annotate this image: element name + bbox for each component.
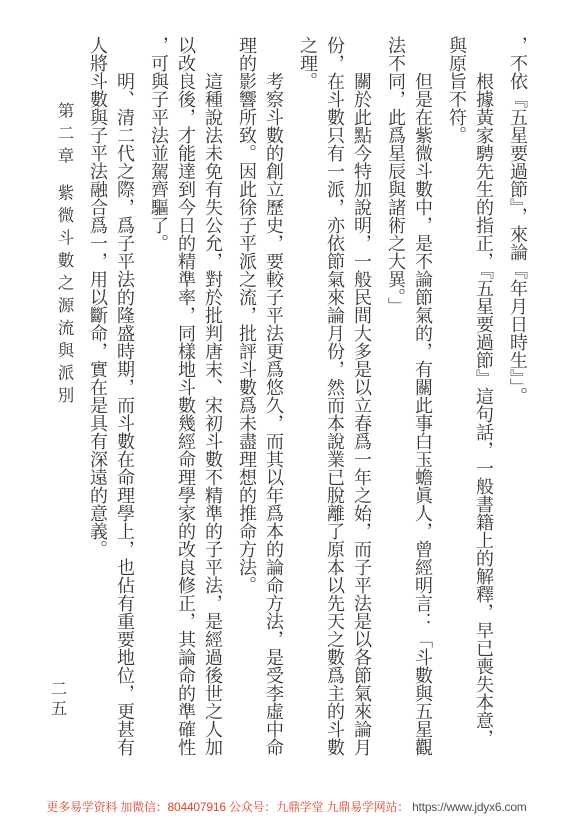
footer-promo-text: 更多易学资料 加微信：804407916 公众号：九鼎学堂 九鼎易学网站： xyxy=(46,800,409,814)
body-paragraph: 根據黃家騁先生的指正，『五星要過節』這句話，一般書籍上的解釋，早已喪失本意，與原… xyxy=(443,36,497,756)
body-paragraph: 關於此點今特加說明，一般民間大多是以立春爲一年之始，而子平法是以各節氣來論月份，… xyxy=(294,36,375,756)
footer-url: https://www.jdyx6.com xyxy=(412,800,527,814)
page-body-text: ，不依『五星要過節』，來論『年月日時生』」。 根據黃家騁先生的指正，『五星要過節… xyxy=(84,36,531,756)
footer-watermark: 更多易学资料 加微信：804407916 公众号：九鼎学堂 九鼎易学网站：htt… xyxy=(46,798,526,815)
body-paragraph: 明、清二代之際，爲子平法的隆盛時期，而斗數在命理學上，也佔有重要地位，更甚有人將… xyxy=(84,36,138,756)
body-paragraph: 但是在紫微斗數中，是不論節氣的，有關此事白玉蟾眞人，曾經明言：「斗數與五星觀法不… xyxy=(382,36,436,756)
chapter-number: 第二章 xyxy=(55,102,74,170)
body-paragraph: 這種說法未免有失公允，對於批判唐末、宋初斗數不精準的子平法，是經過後世之人加以改… xyxy=(145,36,226,756)
body-paragraph: 考察斗數的創立歷史，要較子平法更爲悠久，而其以年爲本的論命方法，是受李虛中命理的… xyxy=(233,36,287,756)
book-page: ，不依『五星要過節』，來論『年月日時生』」。 根據黃家騁先生的指正，『五星要過節… xyxy=(0,0,573,822)
page-number: 二五 xyxy=(45,680,69,719)
chapter-title: 紫微斗數之源流與派別 xyxy=(55,184,74,409)
chapter-running-head: 第二章紫微斗數之源流與派別 xyxy=(52,102,76,409)
body-paragraph: ，不依『五星要過節』，來論『年月日時生』」。 xyxy=(504,36,531,756)
